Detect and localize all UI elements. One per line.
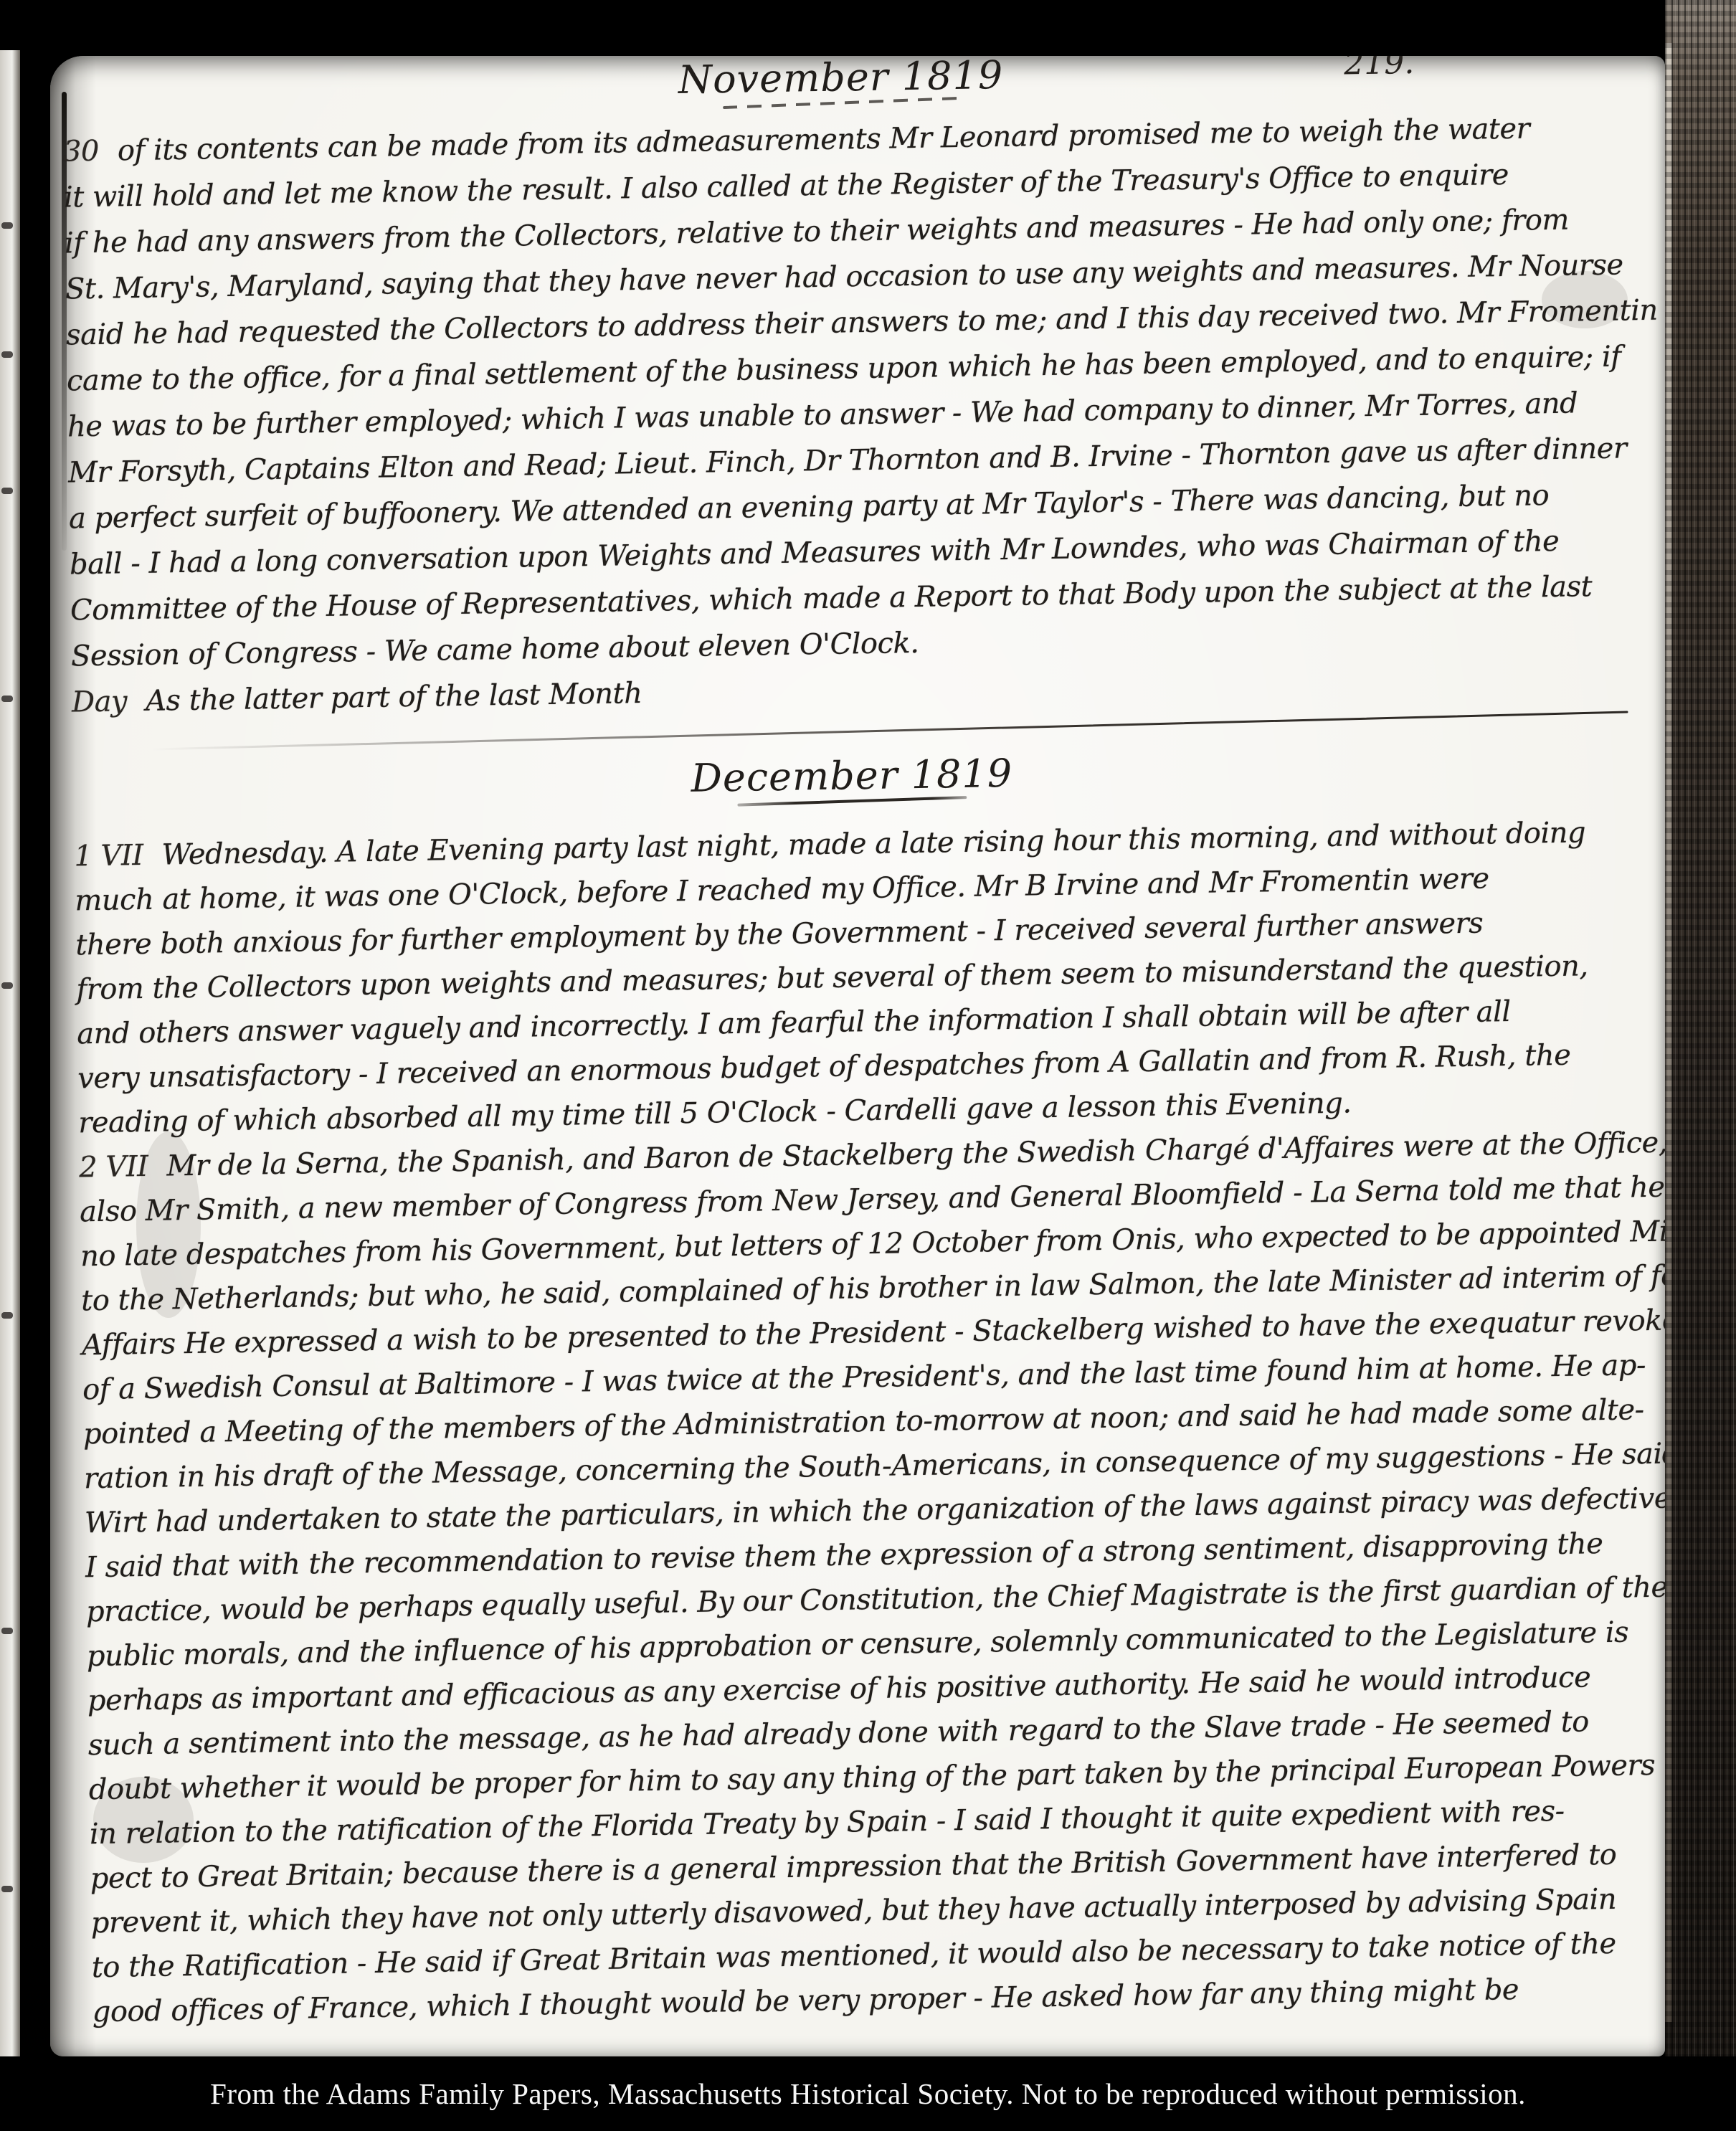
day-marker: Day [72, 678, 128, 725]
book-fore-edge [1665, 0, 1736, 2065]
manuscript-page: November 1819 219. 30of its contents can… [50, 56, 1665, 2056]
facing-page-text-mark [1, 982, 13, 989]
facing-page-edge [0, 50, 20, 2058]
month-heading-november-text: November 1819 [673, 56, 1007, 103]
month-heading-december-text: December 1819 [686, 751, 1018, 801]
facing-page-text-mark [1, 1312, 13, 1319]
facing-page-text-mark [1, 1628, 13, 1634]
facing-page-text-mark [1, 1886, 13, 1892]
caption-text: From the Adams Family Papers, Massachuse… [210, 2077, 1526, 2111]
facing-page-text-mark [1, 222, 13, 229]
month-heading-december: December 1819 [50, 741, 1659, 815]
december-entry-lines: 1 VIIWednesday. A late Evening party las… [74, 808, 1665, 2034]
day-marker: 1 VII [74, 833, 143, 879]
day-marker: 2 VII [79, 1144, 148, 1190]
november-entry-lines: 30of its contents can be made from its a… [62, 104, 1664, 726]
facing-page-text-mark [1, 351, 13, 358]
caption-bar: From the Adams Family Papers, Massachuse… [0, 2056, 1736, 2131]
page-number: 219. [1344, 56, 1415, 82]
day-marker: 30 [62, 128, 99, 175]
manuscript-content: November 1819 219. 30of its contents can… [50, 56, 1665, 2056]
facing-page-text-mark [1, 696, 13, 702]
facing-page-text-mark [1, 488, 13, 494]
fore-edge-texture [1665, 0, 1736, 2065]
